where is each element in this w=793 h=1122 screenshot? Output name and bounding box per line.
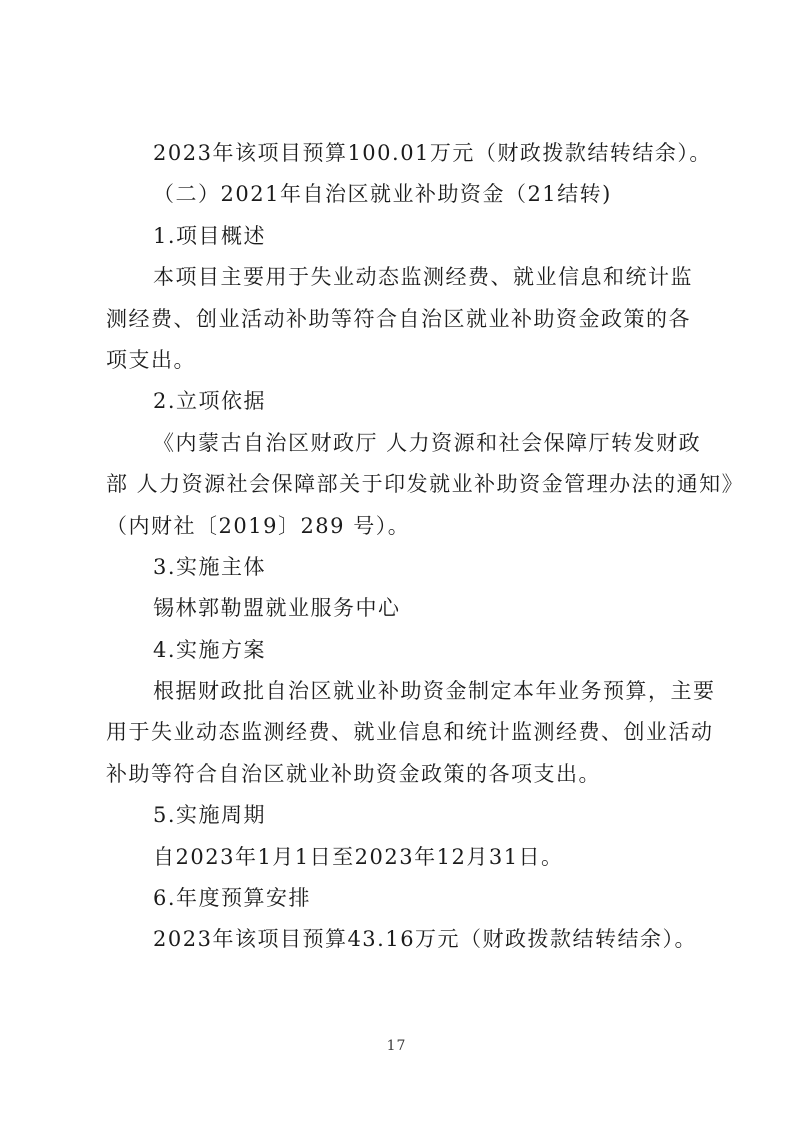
para-project-overview-line-3: 项支出。: [106, 340, 678, 381]
section-heading-2-subsidy-fund: （二）2021年自治区就业补助资金（21结转): [106, 174, 678, 215]
para-implementation-plan-line-3: 补助等符合自治区就业补助资金政策的各项支出。: [106, 754, 678, 795]
para-approval-basis-line-2: 部 人力资源社会保障部关于印发就业补助资金管理办法的通知》: [106, 464, 678, 505]
document-page: 2023年该项目预算100.01万元（财政拨款结转结余）。 （二）2021年自治…: [0, 0, 793, 1122]
heading-1-project-overview: 1.项目概述: [106, 216, 678, 257]
para-implementation-period: 自2023年1月1日至2023年12月31日。: [106, 837, 678, 878]
para-approval-basis-line-3: （内财社〔2019〕289 号）。: [106, 506, 678, 547]
para-budget-2023-carryover: 2023年该项目预算100.01万元（财政拨款结转结余）。: [106, 133, 678, 174]
heading-4-implementation-plan: 4.实施方案: [106, 630, 678, 671]
document-body: 2023年该项目预算100.01万元（财政拨款结转结余）。 （二）2021年自治…: [106, 133, 678, 961]
para-annual-budget-2023: 2023年该项目预算43.16万元（财政拨款结转结余）。: [106, 919, 678, 960]
para-implementation-plan-line-2: 用于失业动态监测经费、就业信息和统计监测经费、创业活动: [106, 712, 678, 753]
para-implementation-plan-line-1: 根据财政批自治区就业补助资金制定本年业务预算，主要: [106, 671, 678, 712]
para-project-overview-line-1: 本项目主要用于失业动态监测经费、就业信息和统计监: [106, 257, 678, 298]
heading-3-implementing-entity: 3.实施主体: [106, 547, 678, 588]
para-project-overview-line-2: 测经费、创业活动补助等符合自治区就业补助资金政策的各: [106, 299, 678, 340]
heading-6-annual-budget: 6.年度预算安排: [106, 878, 678, 919]
page-number: 17: [0, 1038, 793, 1054]
para-implementing-entity: 锡林郭勒盟就业服务中心: [106, 588, 678, 629]
heading-5-implementation-period: 5.实施周期: [106, 795, 678, 836]
heading-2-approval-basis: 2.立项依据: [106, 381, 678, 422]
para-approval-basis-line-1: 《内蒙古自治区财政厅 人力资源和社会保障厅转发财政: [106, 423, 678, 464]
